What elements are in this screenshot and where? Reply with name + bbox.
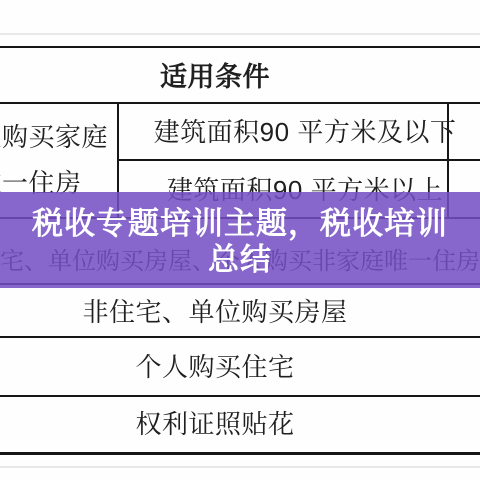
table-cell-area-90-below: 建筑面积90 平方米及以下: [160, 102, 450, 159]
table-cell-individual-residence: 个人购买住宅: [0, 338, 448, 393]
table-cell-certificate-stamp: 权利证照贴花: [0, 395, 448, 450]
faint-divider-bottom: [0, 466, 480, 468]
screenshot-root: 适用条件 个人购买家庭 唯一住房 建筑面积90 平方米及以下 建筑面积90 平方…: [0, 0, 480, 480]
banner-title-line2: 总结: [208, 242, 272, 278]
table-border-bottom: [0, 452, 480, 455]
table-header-applicable-conditions: 适用条件: [0, 47, 448, 102]
watermark-banner: 税收专题培训主题，税收培训 总结: [0, 192, 480, 288]
banner-title-line1: 税收专题培训主题，税收培训: [32, 206, 448, 242]
table-cell-family-only-housing-line1: 个人购买家庭: [0, 114, 108, 160]
table-cell-non-residential: 非住宅、单位购买房屋: [0, 285, 448, 336]
faint-divider-top: [0, 33, 480, 35]
